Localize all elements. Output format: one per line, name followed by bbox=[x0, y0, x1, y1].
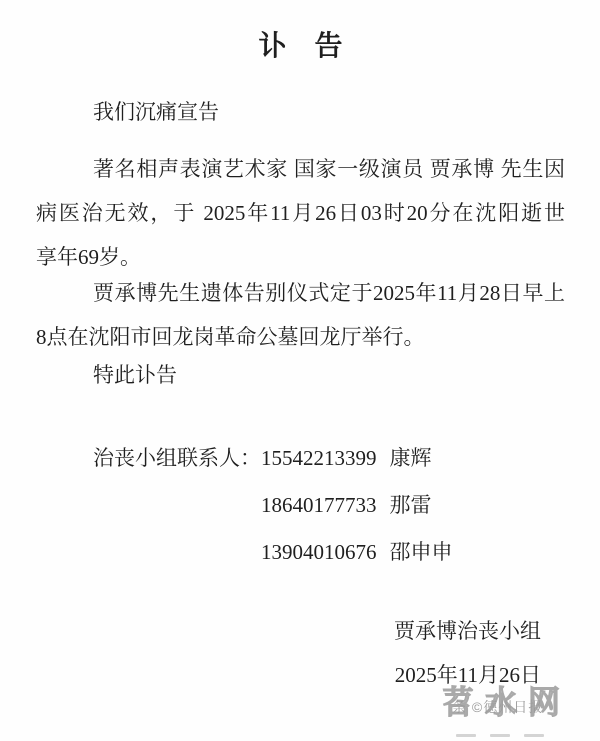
contact-name: 邵申申 bbox=[390, 540, 453, 564]
watermark-small-text: 条 ©德州日报 bbox=[452, 700, 543, 714]
contact-row: 治丧小组联系人：15542213399康辉 bbox=[93, 435, 565, 482]
contact-name: 康辉 bbox=[390, 446, 432, 470]
paragraph-line: 病医治无效，于 2025年11月26日03时20分在沈阳逝世 bbox=[36, 191, 565, 235]
contact-row: 13904010676邵申申 bbox=[93, 529, 565, 576]
signature-line: 贾承博治丧小组 bbox=[36, 609, 541, 653]
obituary-document: 讣 告 我们沉痛宣告 著名相声表演艺术家 国家一级演员 贾承博 先生因 病医治无… bbox=[0, 0, 600, 741]
watermark-smudges bbox=[456, 734, 544, 737]
watermark-smudge bbox=[456, 734, 476, 737]
announcement-intro: 我们沉痛宣告 bbox=[36, 90, 565, 134]
watermark: 苕水网 条 ©德州日报 bbox=[442, 685, 592, 737]
contact-list: 治丧小组联系人：15542213399康辉 18640177733那雷 1390… bbox=[93, 435, 565, 576]
contact-phone: 13904010676 bbox=[261, 540, 377, 564]
contact-list-label: 治丧小组联系人： bbox=[93, 446, 261, 470]
document-title: 讣 告 bbox=[36, 30, 565, 64]
death-announcement-paragraph: 著名相声表演艺术家 国家一级演员 贾承博 先生因 病医治无效，于 2025年11… bbox=[36, 147, 565, 279]
contact-phone: 15542213399 bbox=[261, 446, 377, 470]
closing-statement: 特此讣告 bbox=[36, 353, 565, 397]
funeral-arrangement-paragraph: 贾承博先生遗体告别仪式定于2025年11月28日早上 8点在沈阳市回龙岗革命公墓… bbox=[36, 271, 565, 359]
contact-name: 那雷 bbox=[390, 493, 432, 517]
contact-phone: 18640177733 bbox=[261, 493, 377, 517]
paragraph-line: 著名相声表演艺术家 国家一级演员 贾承博 先生因 bbox=[36, 147, 565, 191]
watermark-smudge bbox=[524, 734, 544, 737]
paragraph-line: 贾承博先生遗体告别仪式定于2025年11月28日早上 bbox=[36, 271, 565, 315]
contact-row: 18640177733那雷 bbox=[93, 482, 565, 529]
watermark-smudge bbox=[490, 734, 510, 737]
